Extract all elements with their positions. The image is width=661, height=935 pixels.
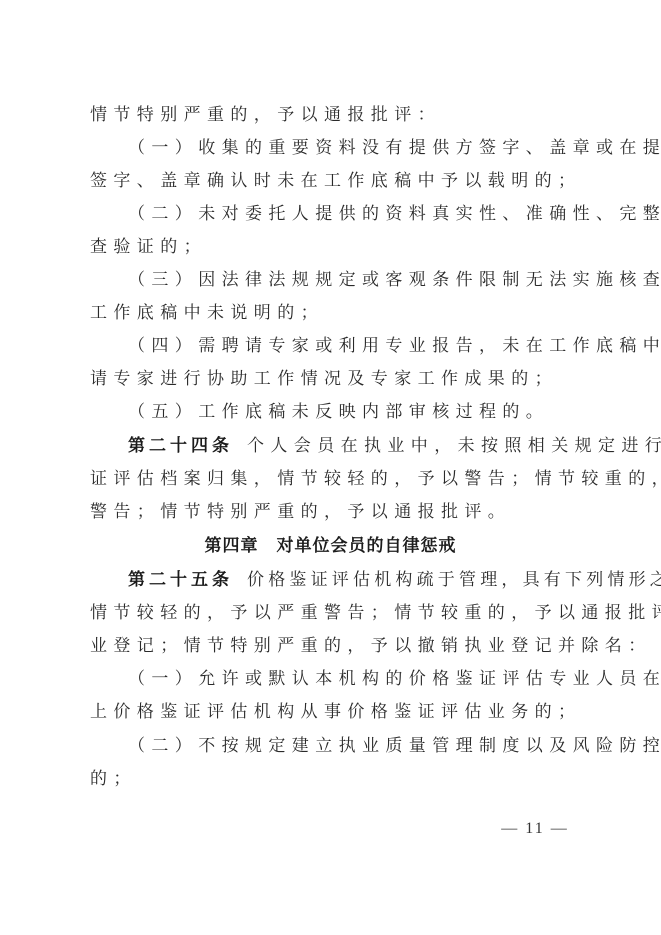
article-24-line: 第二十四条个人会员在执业中，未按照相关规定进行价格鉴 (128, 430, 580, 463)
list-item-4-line: （四）需聘请专家或利用专业报告，未在工作底稿中记录聘 (128, 330, 580, 363)
article-24-text: 个人会员在执业中，未按照相关规定进行价格鉴 (247, 436, 661, 456)
article-25-line: 第二十五条价格鉴证评估机构疏于管理，具有下列情形之一， (128, 564, 580, 597)
chapter-heading: 第四章对单位会员的自律惩戒 (0, 530, 661, 563)
article-25-continuation-2: 业登记；情节特别严重的，予以撤销执业登记并除名： (90, 630, 580, 663)
list-item-2-line: （二）未对委托人提供的资料真实性、准确性、完整性进行核 (128, 198, 580, 231)
chapter-title: 对单位会员的自律惩戒 (277, 536, 457, 556)
list-item-4-continuation: 请专家进行协助工作情况及专家工作成果的； (90, 363, 580, 396)
list-item-5-line: （五）工作底稿未反映内部审核过程的。 (128, 396, 580, 429)
document-page: 情节特别严重的，予以通报批评： （一）收集的重要资料没有提供方签字、盖章或在提供… (0, 0, 661, 935)
list-item-1-line: （一）收集的重要资料没有提供方签字、盖章或在提供方拒绝 (128, 132, 580, 165)
article-25-item-2-line: （二）不按规定建立执业质量管理制度以及风险防控管理制度 (128, 730, 580, 763)
list-item-2-continuation: 查验证的； (90, 231, 580, 264)
article-24-number: 第二十四条 (128, 436, 233, 456)
list-item-3-line: （三）因法律法规规定或客观条件限制无法实施核查验证， (128, 264, 580, 297)
article-25-number: 第二十五条 (128, 570, 233, 590)
paragraph-line: 情节特别严重的，予以通报批评： (90, 99, 580, 132)
list-item-3-continuation: 工作底稿中未说明的； (90, 297, 580, 330)
article-24-continuation-2: 警告；情节特别严重的，予以通报批评。 (90, 496, 580, 529)
article-25-item-1-line: （一）允许或默认本机构的价格鉴证评估专业人员在两个或以 (128, 663, 580, 696)
chapter-number: 第四章 (205, 536, 259, 556)
article-25-continuation-1: 情节较轻的，予以严重警告；情节较重的，予以通报批评或暂停执 (90, 597, 580, 630)
page-number: — 11 — (490, 815, 580, 843)
article-25-item-1-continuation: 上价格鉴证评估机构从事价格鉴证评估业务的； (90, 696, 580, 729)
article-24-continuation-1: 证评估档案归集，情节较轻的，予以警告；情节较重的，予以严重 (90, 463, 580, 496)
article-25-text: 价格鉴证评估机构疏于管理，具有下列情形之一， (247, 570, 661, 590)
list-item-1-continuation: 签字、盖章确认时未在工作底稿中予以载明的； (90, 165, 580, 198)
article-25-item-2-continuation: 的； (90, 763, 580, 796)
